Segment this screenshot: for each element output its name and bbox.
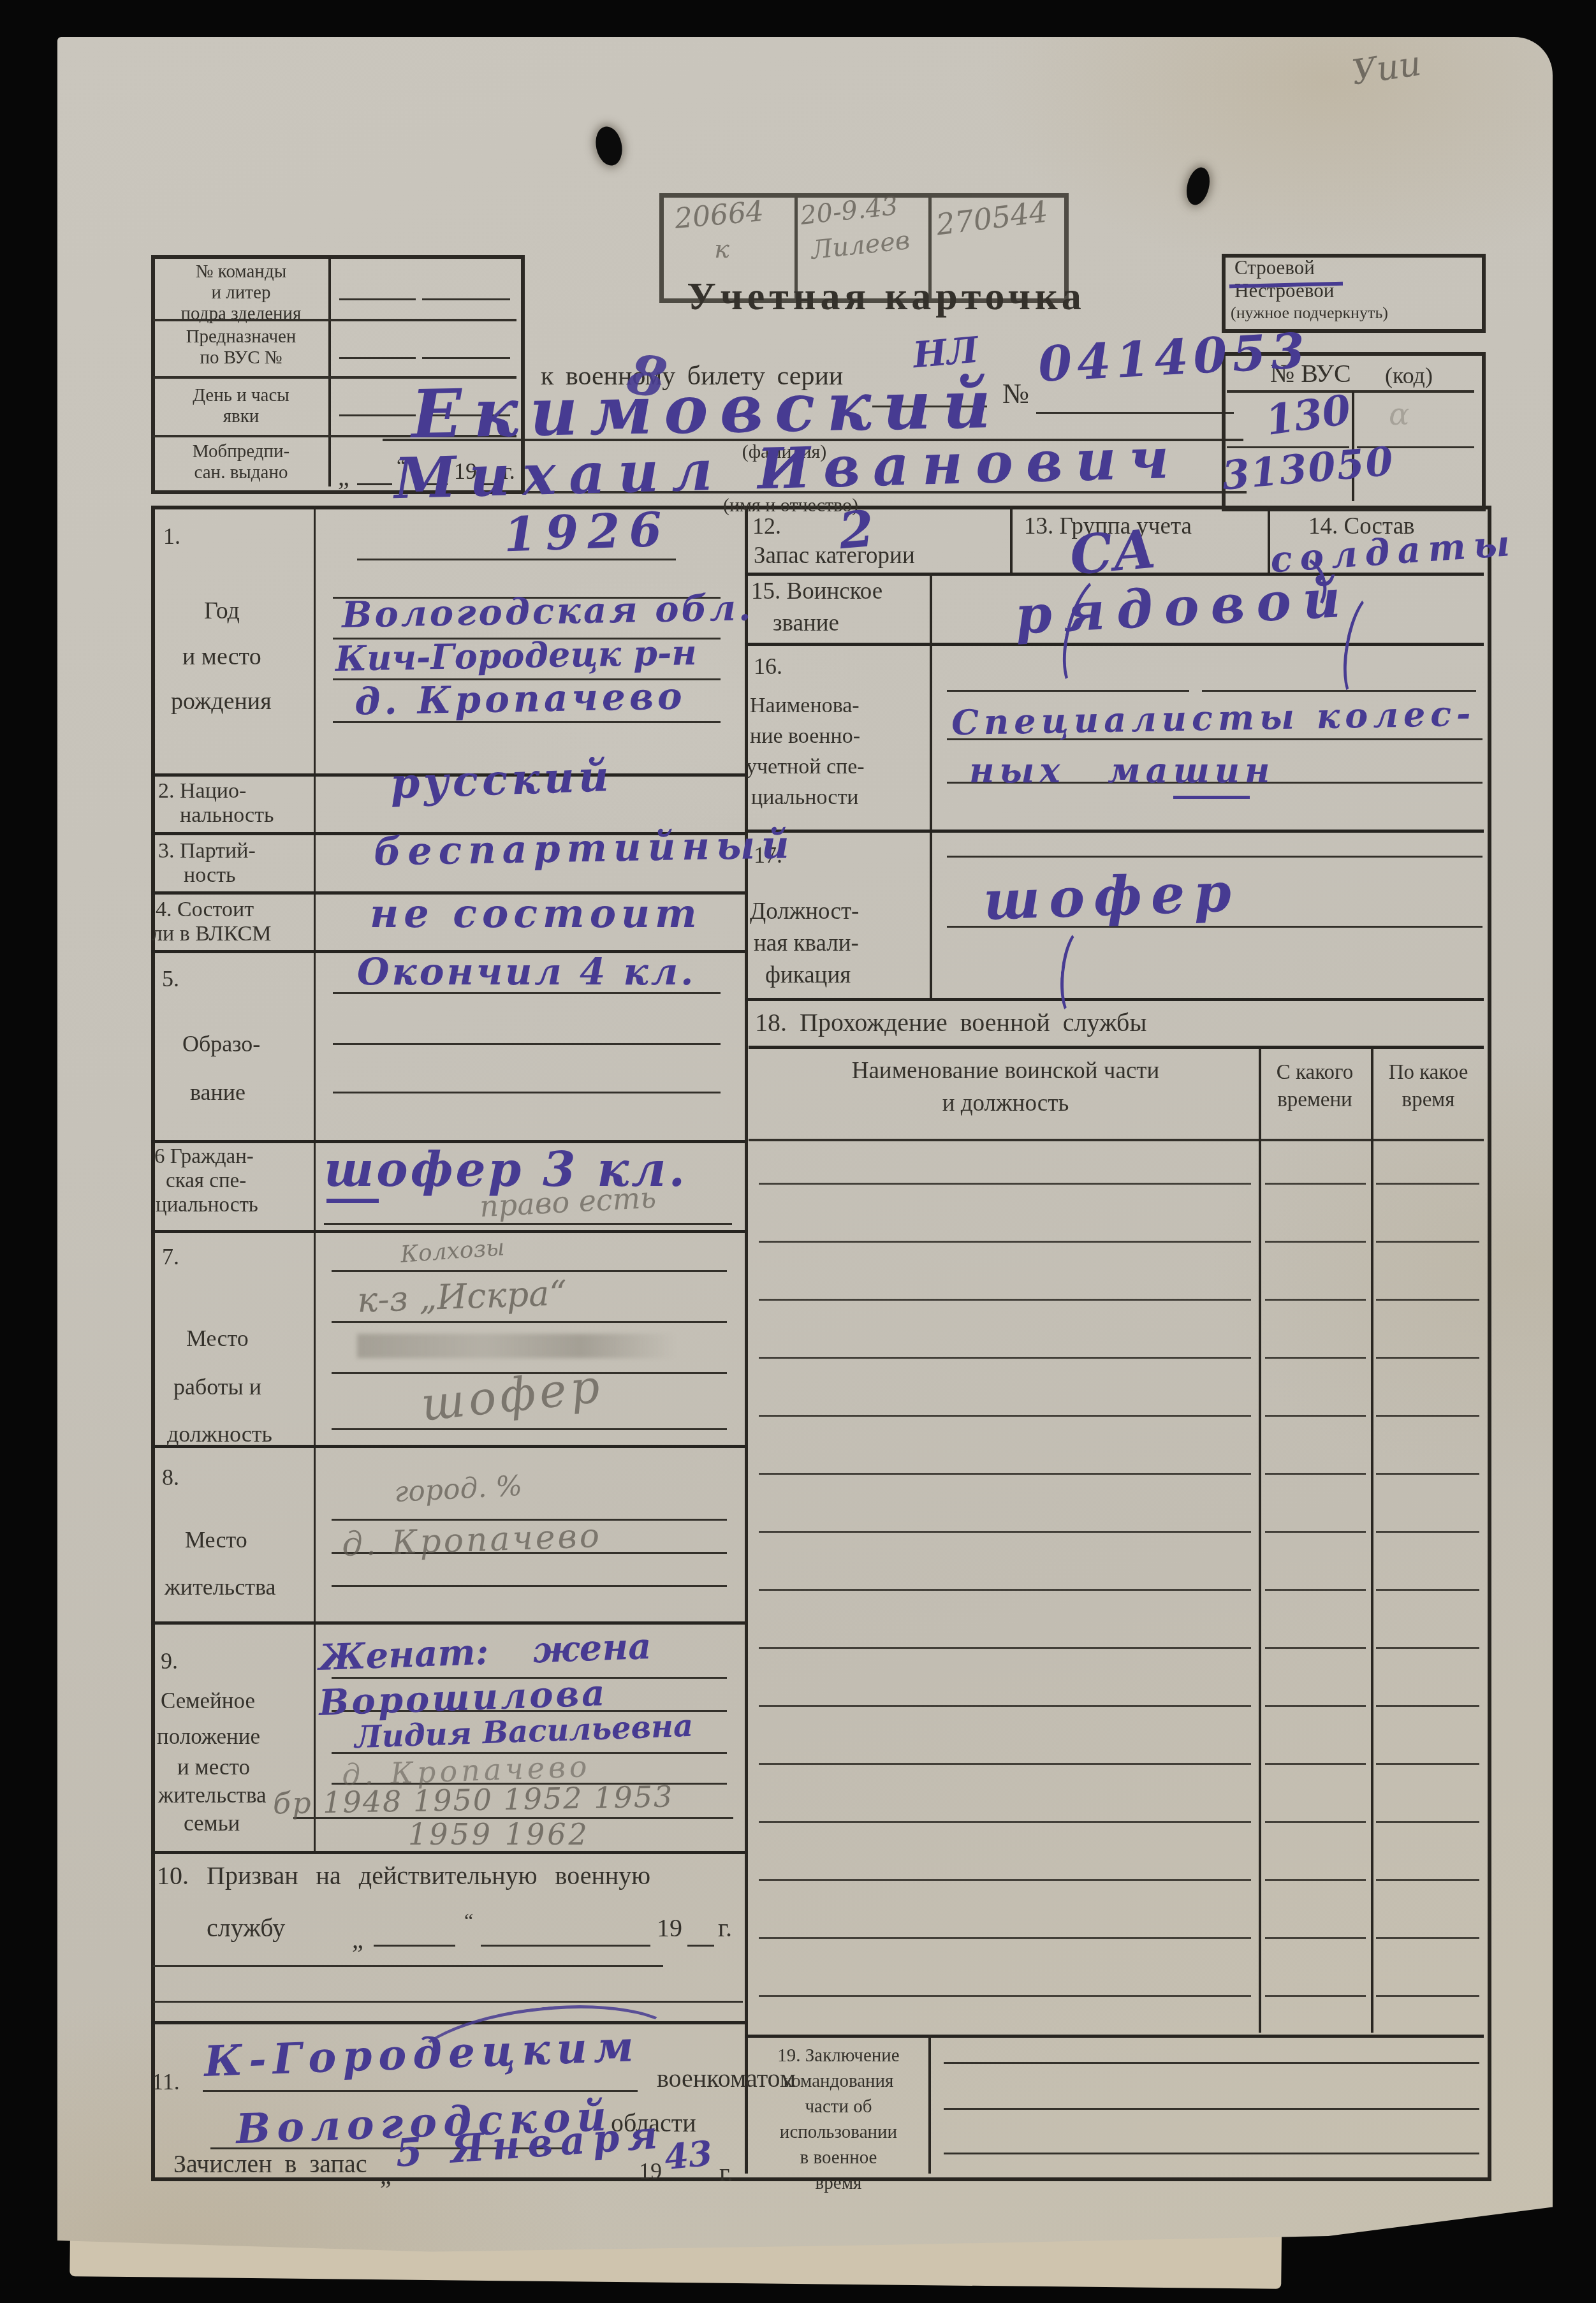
field-5-label: вание (190, 1079, 245, 1106)
vus-code-faint-mark: α (1389, 397, 1409, 432)
field-6-civil-specialty: шофер 3 кл. (324, 1143, 687, 1197)
open-quote: „ (380, 2160, 392, 2190)
header-line: С какого (1261, 1061, 1368, 1085)
field-2-label: нальность (180, 803, 274, 828)
field-16-label: учетной спе- (746, 755, 865, 779)
field-7-number: 7. (162, 1243, 179, 1270)
field-1-label: рождения (171, 687, 272, 715)
rule (324, 1223, 732, 1225)
rule (1371, 1048, 1373, 2033)
rule (745, 998, 1484, 1001)
field-9-label: семьи (184, 1811, 240, 1836)
field-6-label: ская спе- (166, 1169, 246, 1193)
rule (422, 357, 510, 359)
duty-line-1: Строевой (1234, 256, 1315, 279)
field-16-specialty-line2: ных машин (969, 750, 1275, 791)
rule (930, 573, 932, 998)
field-1-birth-year: 1926 (503, 502, 672, 562)
field-1-label: и место (182, 643, 261, 671)
field-12-reserve-category: 2 (837, 500, 876, 560)
field-9-number: 9. (161, 1648, 178, 1674)
stamp-cell-1-letter: к (714, 235, 729, 264)
duty-line-3: (нужное подчеркнуть) (1231, 303, 1388, 323)
field-1-number: 1. (163, 523, 180, 550)
rule (332, 1428, 727, 1430)
rule (745, 830, 1484, 833)
rule (1202, 690, 1476, 692)
field-16-label: циальности (751, 786, 858, 810)
rule (153, 1965, 663, 1967)
field-10-label2: службу (207, 1913, 285, 1943)
field-4-komsomol-status: не состоит (370, 890, 702, 937)
military-registration-card-scan: Уии 20664 к 20-9.43 Лилеев 270544 Учетна… (0, 0, 1596, 2303)
rule (1036, 412, 1234, 414)
label-line: время (750, 2170, 927, 2196)
rule (1259, 1048, 1261, 2033)
field-11-year-printed: 19 (639, 2158, 662, 2184)
rule (314, 506, 316, 1851)
field-2-label: 2. Нацио- (158, 779, 246, 803)
service-table-rows (1265, 1127, 1366, 1999)
close-quote: “ (464, 1909, 473, 1933)
rule (151, 1621, 745, 1625)
header-line: время (1373, 1088, 1483, 1112)
rule (749, 1046, 1484, 1049)
field-3-label: ность (184, 863, 236, 888)
field-6-label: циальность (156, 1194, 258, 1217)
rule (333, 1092, 721, 1093)
field-11-year-suffix: г. (719, 2158, 733, 2188)
label-line: в военное (750, 2145, 927, 2170)
label-line: использовании (750, 2119, 927, 2145)
field-2-nationality: русский (390, 751, 613, 808)
header-line: Наименование воинской части (752, 1057, 1259, 1085)
rule (947, 690, 1189, 692)
field-8-label: Место (185, 1526, 247, 1553)
field-4-label: 4. Состоит (156, 898, 254, 922)
field-16-number: 16. (754, 653, 782, 680)
field-19-label: 19. Заключение командования части об исп… (750, 2043, 927, 2196)
ink-underline (326, 1199, 379, 1203)
rule (333, 1043, 721, 1045)
label-line: части об (750, 2094, 927, 2119)
field-18-col1-header: Наименование воинской части и должность (752, 1057, 1259, 1117)
field-1-birth-region: Вологодская обл. (341, 587, 753, 636)
field-18-title: 18. Прохождение военной службы (755, 1007, 1146, 1037)
vus-code-caption: (код) (1385, 362, 1433, 389)
field-17-label: фикация (765, 961, 851, 989)
field-18-col2-header: С какого времени (1261, 1061, 1368, 1112)
label-line: сан. выдано (156, 462, 326, 483)
rule (745, 2035, 1484, 2038)
rule (944, 2108, 1479, 2110)
field-13-accounting-group: СА (1067, 516, 1159, 587)
rule (328, 257, 331, 486)
field-1-birth-district: Кич-Городецк р-н (335, 632, 697, 679)
label-line: 19. Заключение (750, 2043, 927, 2068)
label-line: День и часы (156, 385, 326, 406)
rule (151, 1230, 745, 1233)
field-1-label: Год (204, 597, 240, 625)
field-17-label: Должност- (750, 898, 859, 925)
label-line: командования (750, 2068, 927, 2094)
field-6-label: 6 Граждан- (154, 1145, 254, 1169)
field-10-year: 19 (657, 1913, 682, 1943)
field-18-col3-header: По какое время (1373, 1061, 1483, 1112)
field-7-label: работы и (173, 1373, 261, 1400)
rule (339, 298, 416, 300)
field-11-year-ink: 43 (663, 2132, 714, 2178)
field-8-number: 8. (162, 1464, 179, 1491)
field-11-reserve-label: Зачислен в запас (173, 2149, 367, 2179)
label-line: Мобпредпи- (156, 441, 326, 462)
field-8-label: жительства (165, 1574, 275, 1600)
rule (332, 1270, 727, 1272)
field-12-label: Запас категории (754, 542, 915, 569)
field-17-qualification: шофер (982, 860, 1241, 932)
command-box-row2-label: Предназначен по ВУС № (156, 326, 326, 369)
rule (374, 1945, 455, 1947)
rule (944, 2062, 1479, 2064)
header-line: По какое (1373, 1061, 1483, 1085)
field-5-number: 5. (162, 965, 179, 992)
field-3-label: 3. Партий- (158, 839, 256, 863)
rule (332, 1321, 727, 1323)
rule (153, 2001, 743, 2003)
rule (947, 856, 1483, 858)
field-3-party-status: беспартийный (373, 822, 796, 875)
command-box-row1-label: № команды и литер подра зделения (156, 261, 326, 325)
field-9-children-years: бр 1948 1950 1952 1953 (273, 1780, 674, 1821)
rule (339, 414, 416, 416)
field-5-education: Окончил 4 кл. (357, 950, 696, 993)
field-7-label: должность (167, 1421, 272, 1447)
ink-underline (1173, 796, 1250, 799)
field-9-label: и место (177, 1755, 250, 1780)
page-title: Учетная карточка (663, 274, 1109, 319)
field-9-label: Семейное (161, 1688, 255, 1714)
rule (422, 298, 510, 300)
field-7-label: Место (186, 1325, 249, 1352)
field-4-label: ли в ВЛКСМ (152, 922, 271, 946)
field-9-children-years-2: 1959 1962 (408, 1817, 590, 1852)
service-table-rows (759, 1127, 1251, 1999)
rule (332, 1585, 727, 1587)
label-line: по ВУС № (156, 347, 326, 369)
field-10-year-suffix: г. (718, 1913, 732, 1943)
field-16-label: Наименова- (750, 694, 860, 718)
rule (1227, 390, 1474, 393)
label-line: подра зделения (156, 303, 326, 325)
command-box-row3-label: День и часы явки (156, 385, 326, 427)
field-9-label: положение (157, 1724, 260, 1750)
rule (481, 1945, 650, 1947)
rule (339, 357, 416, 359)
field-15-label2: звание (773, 610, 839, 637)
field-17-label: ная квали- (754, 930, 859, 957)
rule (944, 2153, 1479, 2154)
label-line: и литер (156, 282, 326, 303)
field-10-label: 10. Призван на действительную военную (157, 1861, 650, 1890)
command-box-row4-label: Мобпредпи- сан. выдано (156, 441, 326, 483)
label-line: № команды (156, 261, 326, 282)
label-line: явки (156, 406, 326, 427)
field-5-label: Образо- (182, 1030, 260, 1057)
field-12-number: 12. (752, 513, 781, 539)
open-quote: „ (352, 1924, 363, 1954)
open-quote: „ (338, 462, 349, 492)
rule (1010, 506, 1013, 573)
header-line: и должность (752, 1090, 1259, 1117)
field-16-label: ние военно- (750, 724, 860, 749)
field-9-label: жительства (158, 1783, 267, 1808)
header-line: времени (1261, 1088, 1368, 1112)
rule (928, 2035, 931, 2174)
number-sign: № (1002, 377, 1029, 410)
field-7-workplace-line2: к-з „Искра“ (356, 1273, 567, 1320)
field-8-residence-line1: город. % (393, 1470, 523, 1509)
erased-text-smudge (357, 1334, 676, 1358)
rule (357, 483, 392, 485)
service-table-rows (1376, 1127, 1479, 1999)
rule (687, 1945, 714, 1947)
field-1-birth-village: д. Кропачево (354, 674, 686, 723)
field-15-label: 15. Воинское (751, 578, 882, 605)
field-11-number: 11. (152, 2068, 180, 2095)
label-line: Предназначен (156, 326, 326, 347)
